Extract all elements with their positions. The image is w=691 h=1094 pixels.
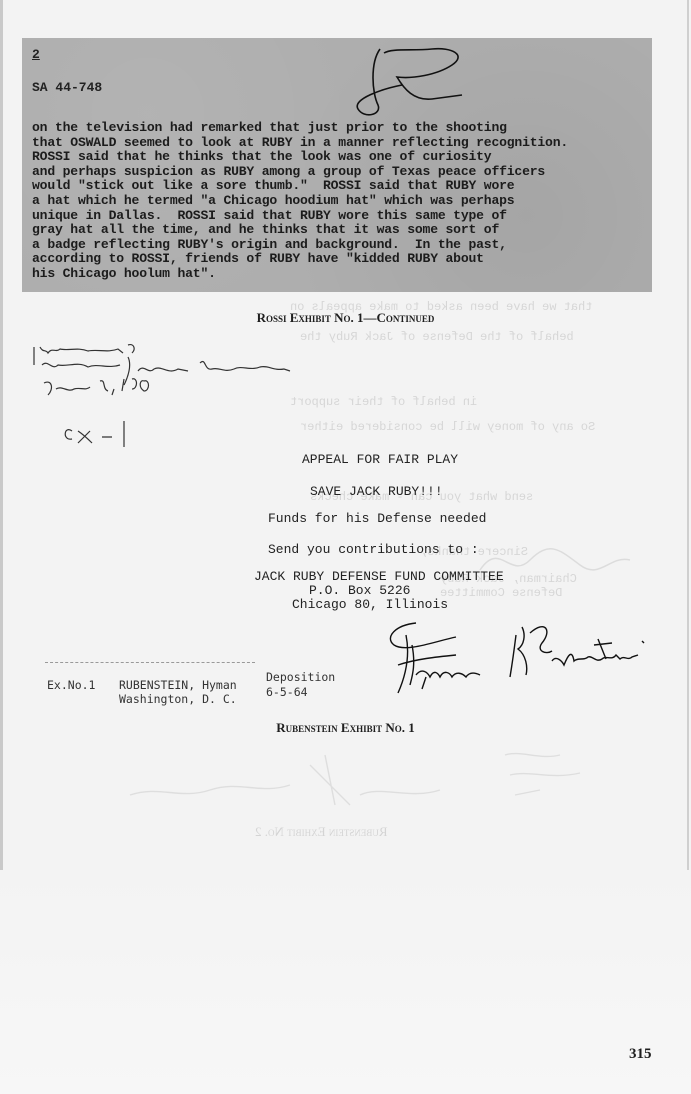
memo-line: ROSSI said that he thinks that the look … [32,150,652,165]
memo-page-number: 2 [32,47,40,62]
memo-line: that OSWALD seemed to look at RUBY in a … [32,136,652,151]
appeal-send: Send you contributions to : [268,542,479,557]
stamp-exhibit-number: Ex.No.1 [47,678,95,692]
exhibit-caption-rossi: Rossi Exhibit No. 1—Continued [0,310,691,326]
memo-line: would "stick out like a sore thumb." ROS… [32,179,652,194]
memo-line: a hat which he termed "a Chicago hoodium… [32,194,652,209]
memo-line: and perhaps suspicion as RUBY among a gr… [32,165,652,180]
appeal-slogan: SAVE JACK RUBY!!! [310,484,443,499]
handwritten-notation [28,335,368,460]
memo-line: unique in Dallas. ROSSI said that RUBY w… [32,209,652,224]
appeal-city: Chicago 80, Illinois [292,597,448,612]
initials-signature [342,43,482,123]
stamp-type: Deposition [266,670,335,684]
memo-line: gray hat all the time, and he thinks tha… [32,223,652,238]
stamp-date: 6-5-64 [266,685,308,699]
appeal-funds: Funds for his Defense needed [268,511,486,526]
ghost-bleed-caption: Rubenstein Exhibit No. 2 [255,824,388,840]
memo-line: according to ROSSI, friends of RUBY have… [32,252,652,267]
exhibit-stamp: Ex.No.1 RUBENSTEIN, Hyman Washington, D.… [45,650,345,700]
appeal-po-box: P.O. Box 5226 [309,583,410,598]
memo-body: on the television had remarked that just… [32,121,652,282]
stamp-location: Washington, D. C. [119,692,237,706]
memo-line: a badge reflecting RUBY's origin and bac… [32,238,652,253]
memo-file-number: SA 44-748 [32,80,102,95]
rubenstein-signature [376,615,666,695]
ghost-handwriting [120,745,620,815]
page-bottom-area [0,870,691,1094]
stamp-name: RUBENSTEIN, Hyman [119,678,237,692]
appeal-title: APPEAL FOR FAIR PLAY [302,452,458,467]
memo-line: his Chicago hoolum hat". [32,267,652,282]
fbi-memo-excerpt: 2 SA 44-748 on the television had remark… [22,38,652,292]
exhibit-caption-rubenstein: Rubenstein Exhibit No. 1 [0,720,691,736]
memo-line: on the television had remarked that just… [32,121,652,136]
appeal-committee: JACK RUBY DEFENSE FUND COMMITTEE [254,569,504,584]
page-number: 315 [629,1046,652,1063]
